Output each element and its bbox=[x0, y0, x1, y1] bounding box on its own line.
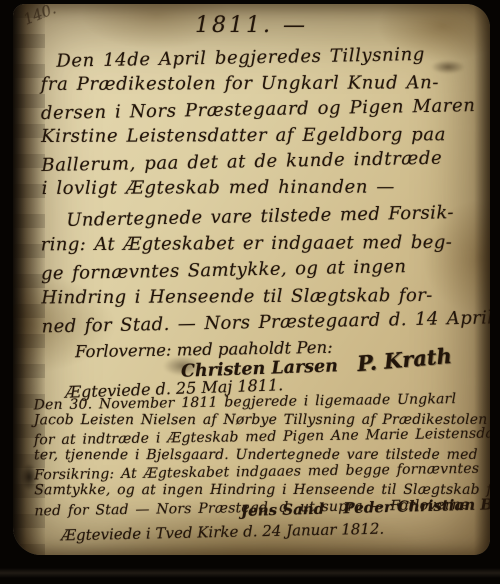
manuscript-page: 140. 1811. — Den 14de April begjeredes T… bbox=[13, 4, 490, 555]
signature-p-krath: P. Krath bbox=[356, 343, 453, 376]
entry-april-1811-body: Den 14de April begjeredes Tillysning fra… bbox=[40, 43, 482, 204]
scanned-church-register: 140. 1811. — Den 14de April begjeredes T… bbox=[0, 0, 500, 584]
text-line: i lovligt Ægteskab med hinanden — bbox=[42, 174, 482, 202]
entry-april-1811-attestation: Undertegnede vare tilstede med Forsik- r… bbox=[40, 201, 482, 339]
signature-peder-christian-balle: Peder Christian Balle bbox=[343, 494, 490, 517]
signature-jens-sand: Jens Sand bbox=[241, 500, 325, 520]
marriage-date-line-1812: Ægteviede i Tved Kirke d. 24 Januar 1812… bbox=[61, 520, 385, 545]
scanner-bed-strip bbox=[0, 568, 500, 578]
year-heading: 1811. — bbox=[13, 13, 490, 38]
